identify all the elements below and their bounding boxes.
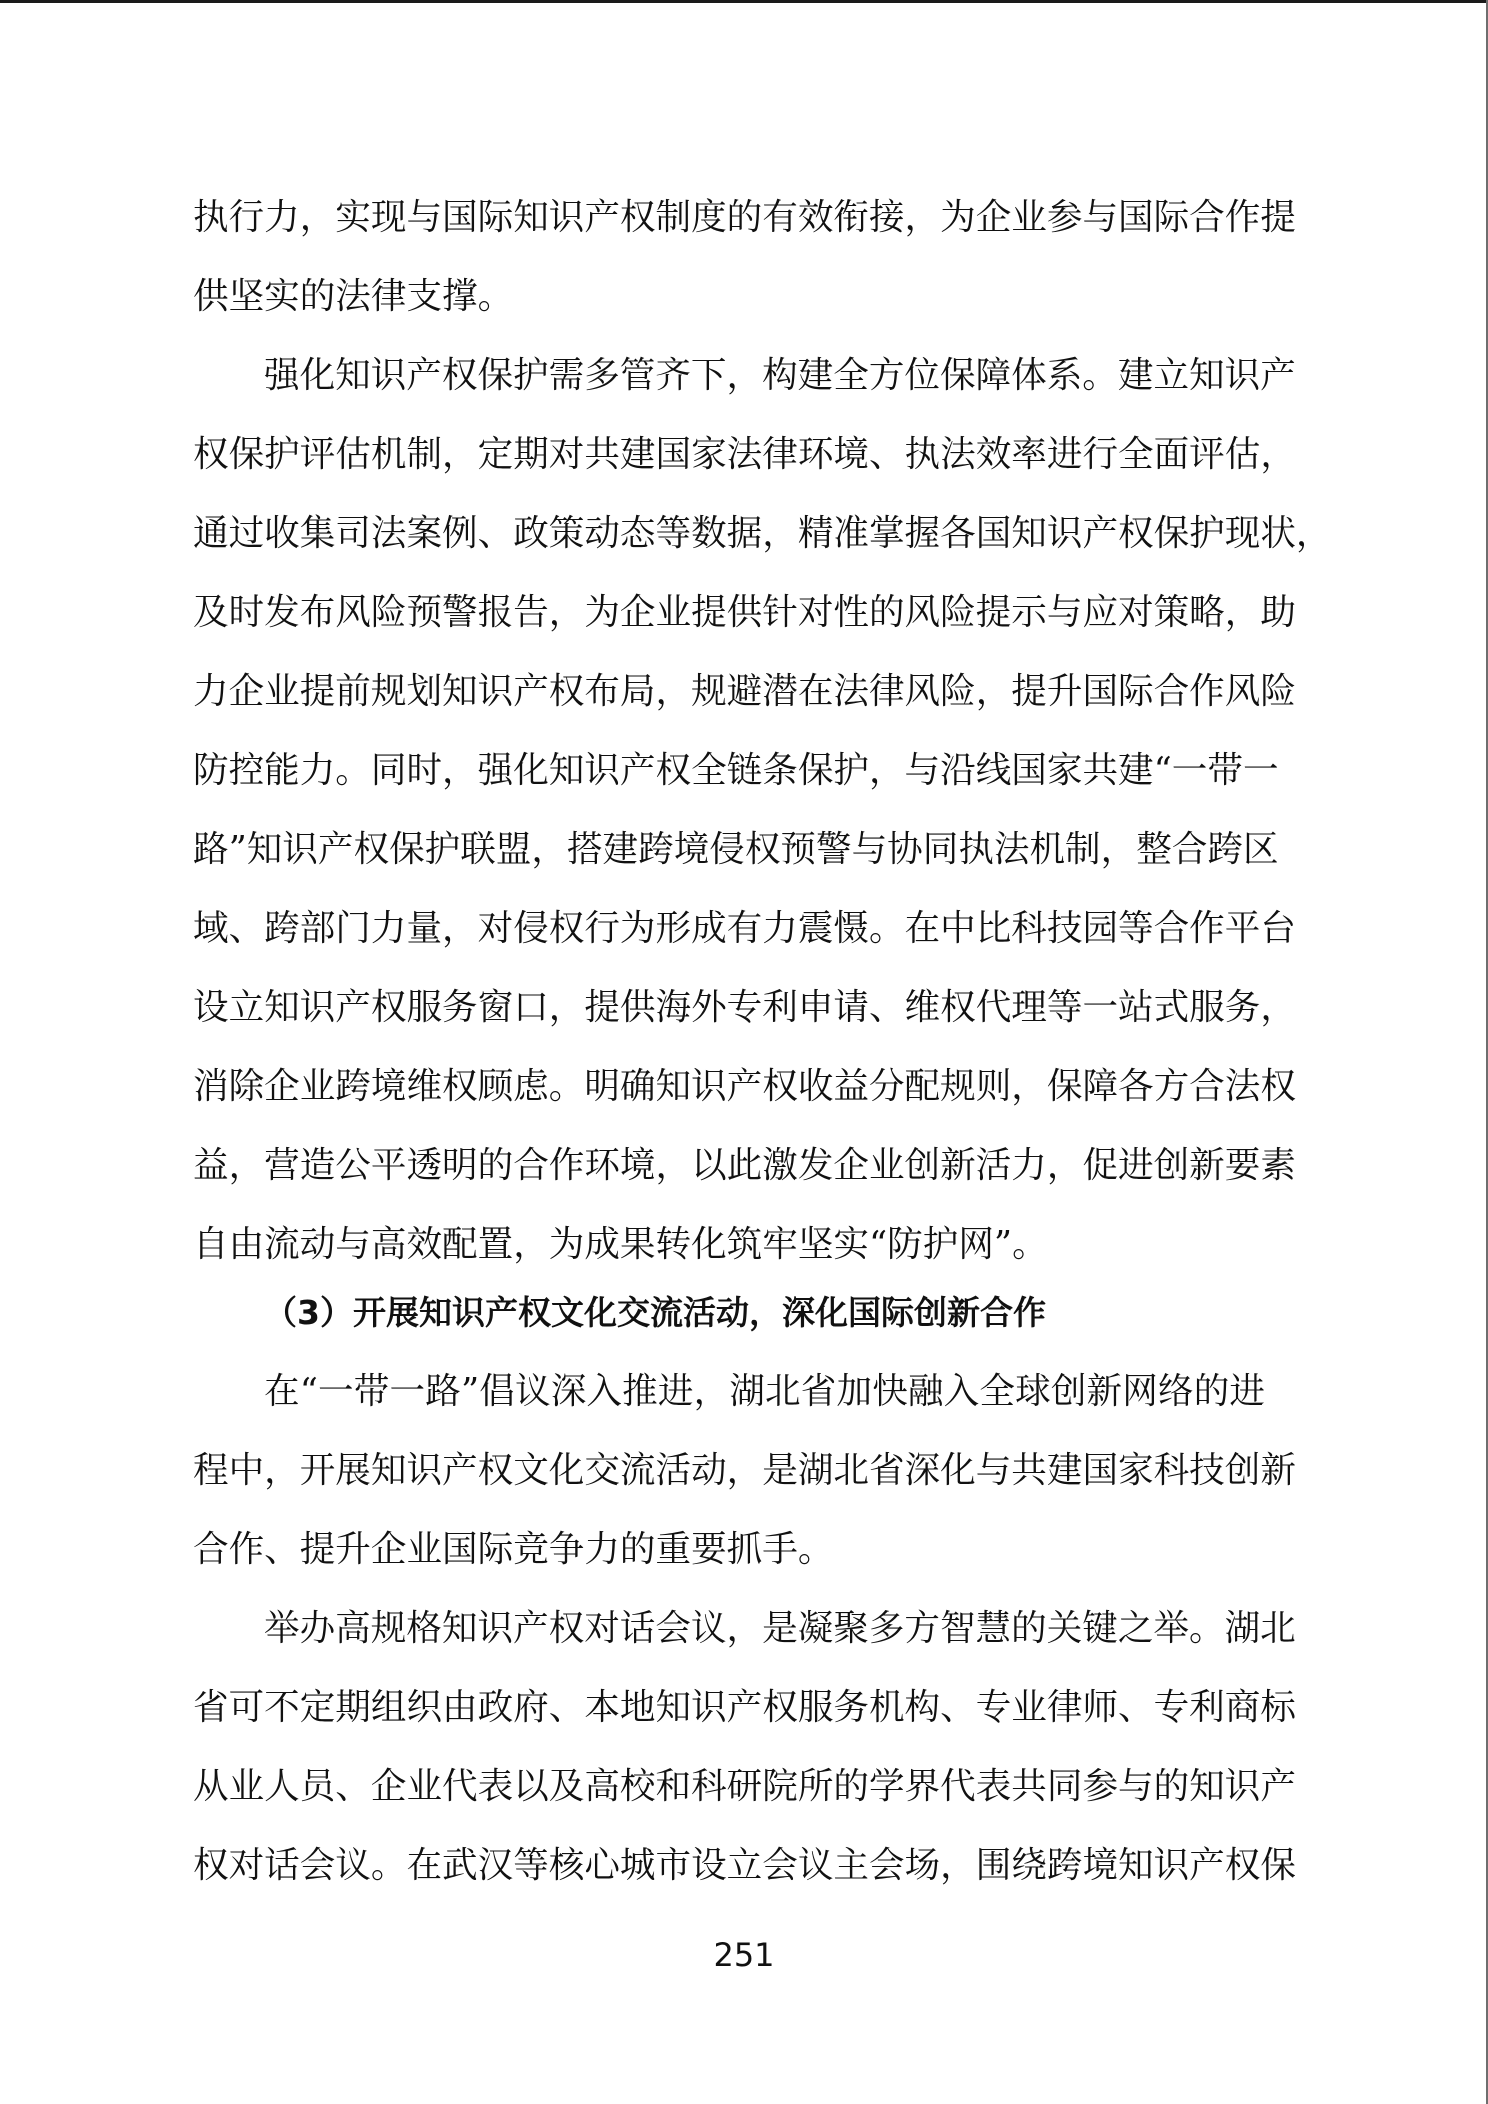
paragraph-line: 路”知识产权保护联盟，搭建跨境侵权预警与协同执法机制，整合跨区 [193,830,1265,870]
paragraph-line: 域、跨部门力量，对侵权行为形成有力震慑。在中比科技园等合作平台 [193,909,1265,949]
paragraph-line: 及时发布风险预警报告，为企业提供针对性的风险提示与应对策略，助 [193,593,1265,633]
paragraph-first-line: 强化知识产权保护需多管齐下，构建全方位保障体系。建立知识产 [193,356,1265,396]
paragraph-first-line: 在“一带一路”倡议深入推进，湖北省加快融入全球创新网络的进 [193,1372,1265,1412]
paragraph-line: 执行力，实现与国际知识产权制度的有效衔接，为企业参与国际合作提 [193,198,1265,238]
paragraph-line: 省可不定期组织由政府、本地知识产权服务机构、专业律师、专利商标 [193,1688,1265,1728]
paragraph-line: 防控能力。同时，强化知识产权全链条保护，与沿线国家共建“一带一 [193,751,1265,791]
section-heading: （3）开展知识产权文化交流活动，深化国际创新合作 [193,1293,1046,1333]
top-border-rule [0,0,1488,3]
paragraph-line: 通过收集司法案例、政策动态等数据，精准掌握各国知识产权保护现状， [193,514,1265,554]
paragraph-line: 权保护评估机制，定期对共建国家法律环境、执法效率进行全面评估， [193,435,1265,475]
paragraph-line: 力企业提前规划知识产权布局，规避潜在法律风险，提升国际合作风险 [193,672,1265,712]
paragraph-line: 权对话会议。在武汉等核心城市设立会议主会场，围绕跨境知识产权保 [193,1846,1265,1886]
paragraph-line: 自由流动与高效配置，为成果转化筑牢坚实“防护网”。 [193,1225,1265,1265]
paragraph-first-line: 举办高规格知识产权对话会议，是凝聚多方智慧的关键之举。湖北 [193,1609,1265,1649]
paragraph-line: 供坚实的法律支撑。 [193,277,1265,317]
paragraph-line: 消除企业跨境维权顾虑。明确知识产权收益分配规则，保障各方合法权 [193,1067,1265,1107]
paragraph-line: 程中，开展知识产权文化交流活动，是湖北省深化与共建国家科技创新 [193,1451,1265,1491]
paragraph-line: 益，营造公平透明的合作环境，以此激发企业创新活力，促进创新要素 [193,1146,1265,1186]
paragraph-line: 从业人员、企业代表以及高校和科研院所的学界代表共同参与的知识产 [193,1767,1265,1807]
page-number: 251 [0,1936,1488,1974]
paragraph-line: 设立知识产权服务窗口，提供海外专利申请、维权代理等一站式服务， [193,988,1265,1028]
paragraph-line: 合作、提升企业国际竞争力的重要抓手。 [193,1530,1265,1570]
